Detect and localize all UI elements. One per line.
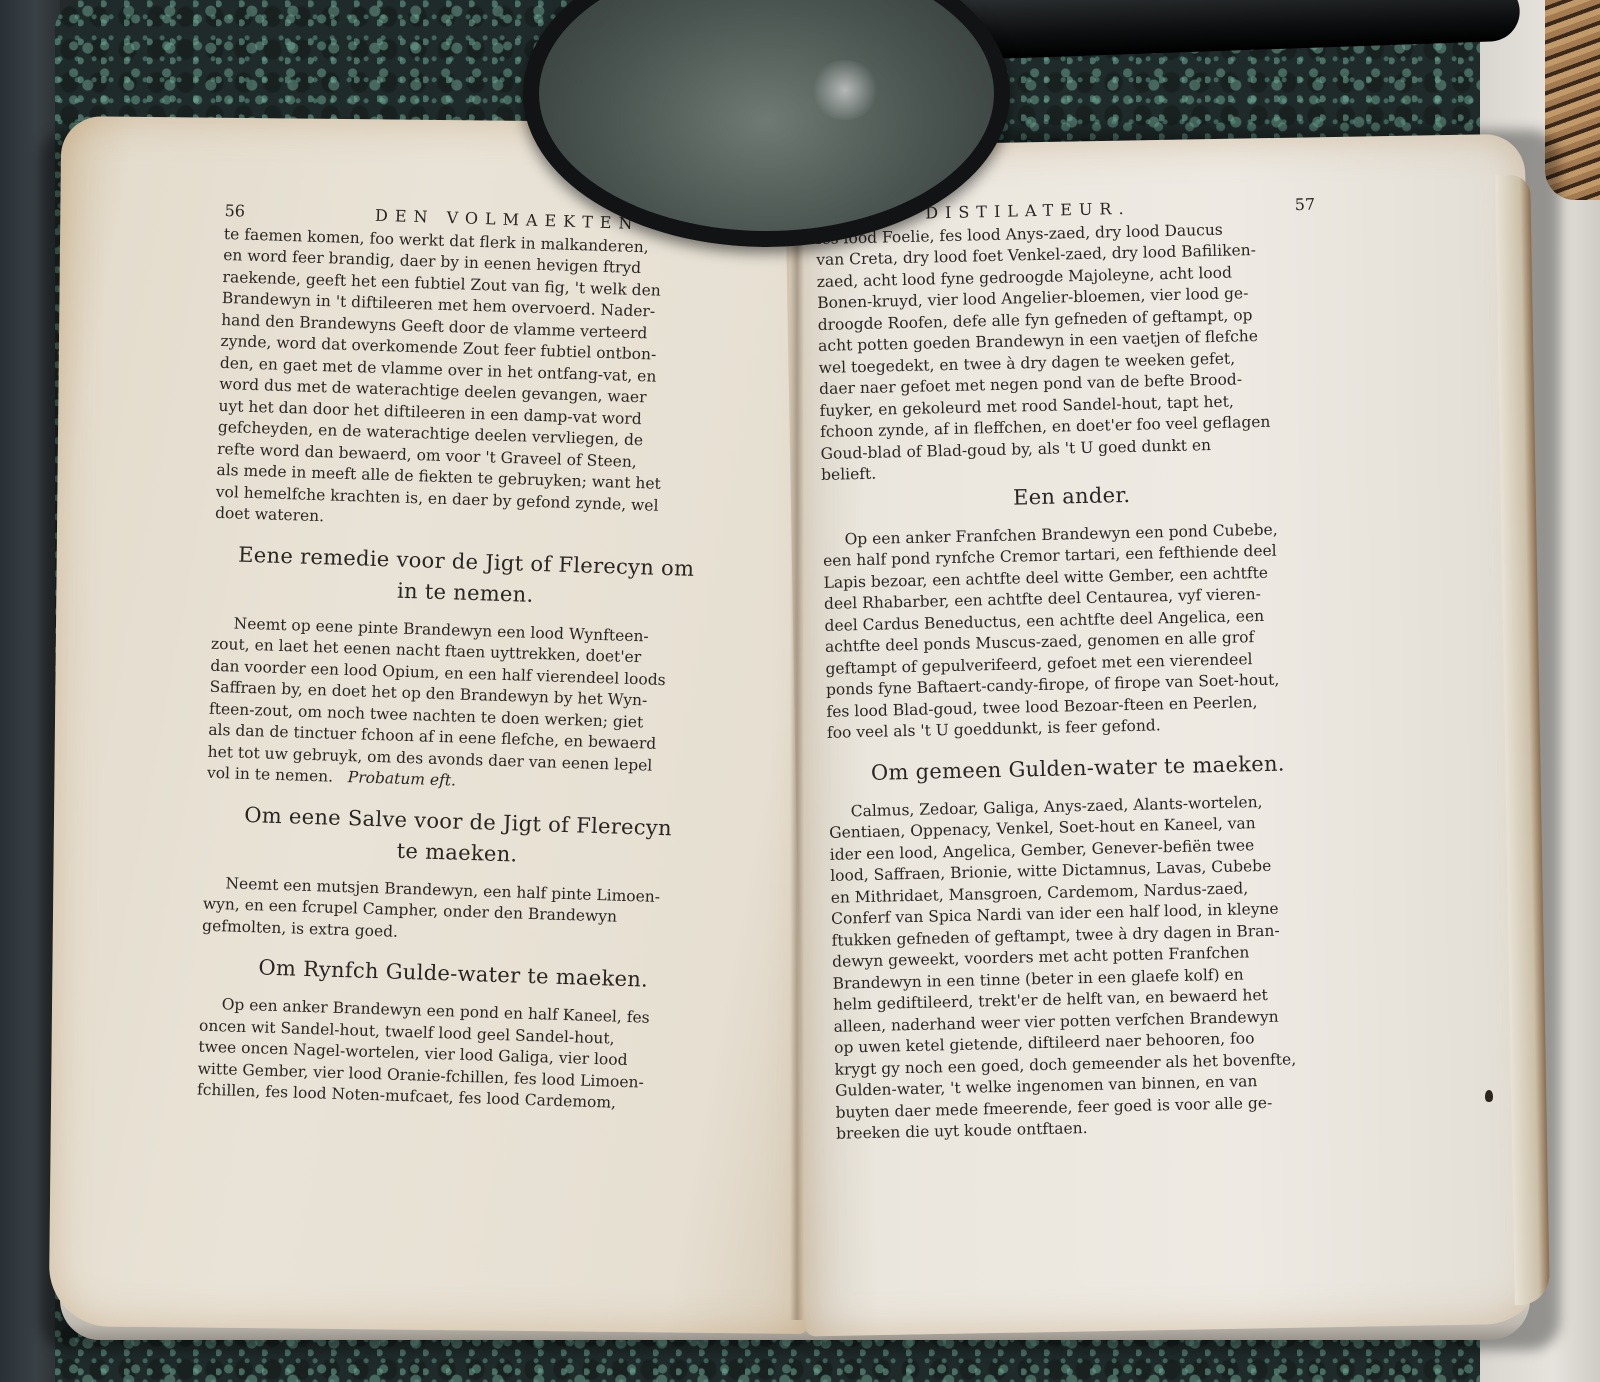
lens-glint [810,60,880,120]
section-paragraph: Neemt een mutsjen Brandewyn, een half pi… [202,872,709,952]
section-heading: Om eene Salve voor de Jigt of Flerecyn t… [204,798,711,876]
section-heading: Om Rynfch Gulde-water te maeken. [200,951,706,998]
ink-spot [1485,1090,1493,1102]
book-gutter [790,170,804,1320]
page-number: 56 [224,200,245,222]
section-heading: Om gemeen Gulden-water te maeken. [828,747,1329,789]
heading-line: Om Rynfch Gulde-water te maeken. [200,951,706,998]
section-heading: Eene remedie voor de Jigt of Flerecyn om… [212,538,719,616]
running-head-title: DISTILATEUR. [925,198,1131,224]
section-paragraph: Calmus, Zedoar, Galiga, Anys-zaed, Alant… [829,790,1337,1145]
section-paragraph: Op een anker Brandewyn een pond en half … [197,994,705,1117]
text-fragment: vol in te nemen. [207,764,334,786]
section-paragraph: Op een anker Franfchen Brandewyn een pon… [822,518,1327,744]
section-paragraph: Neemt op eene pinte Brandewyn een lood W… [207,612,717,800]
left-page-text: 56 DEN VOLMAEKTEN te faemen komen, foo w… [197,200,730,1117]
intro-paragraph: fes lood Foelie, fes lood Anys-zaed, dry… [816,217,1322,486]
probatum-est: Probatum eft. [348,768,457,789]
intro-paragraph: te faemen komen, foo werkt dat flerk in … [215,223,729,540]
page-number: 57 [1295,194,1316,216]
right-page-text: DISTILATEUR. 57 fes lood Foelie, fes loo… [815,194,1336,1146]
heading-line: Om gemeen Gulden-water te maeken. [828,747,1329,789]
